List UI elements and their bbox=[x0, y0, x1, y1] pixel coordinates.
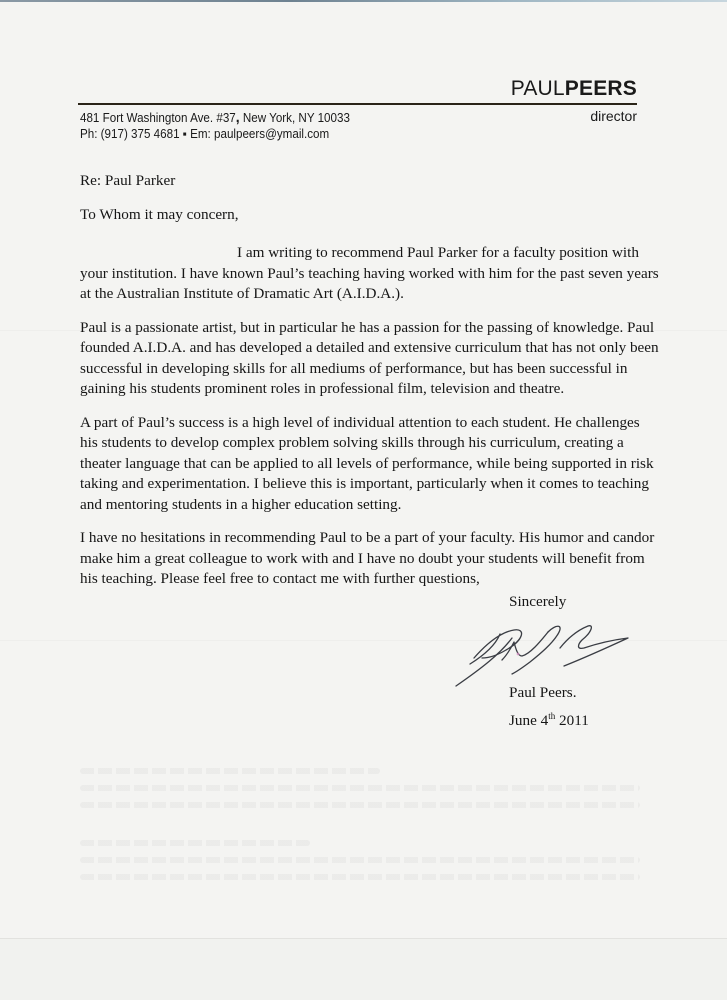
letterhead-first-name: PAUL bbox=[511, 77, 565, 100]
scan-edge bbox=[0, 0, 727, 2]
salutation: To Whom it may concern, bbox=[80, 205, 660, 226]
paragraph-success: A part of Paul’s success is a high level… bbox=[80, 413, 660, 516]
bleed-through-text bbox=[80, 874, 640, 880]
bleed-through-text bbox=[80, 785, 640, 791]
closing: Sincerely bbox=[509, 593, 566, 611]
letterhead-name: PAULPEERS bbox=[511, 78, 637, 99]
letterhead-address: 481 Fort Washington Ave. #37, New York, … bbox=[80, 110, 350, 126]
letterhead-contact: Ph: (917) 375 4681 ▪ Em: paulpeers@ymail… bbox=[80, 126, 350, 142]
paragraph-passion: Paul is a passionate artist, but in part… bbox=[80, 318, 660, 400]
signature-icon bbox=[452, 620, 642, 690]
bleed-through-text bbox=[80, 840, 310, 846]
bleed-through-text bbox=[80, 768, 380, 774]
signer-name: Paul Peers. bbox=[509, 684, 577, 702]
letter-date: June 4th 2011 bbox=[509, 711, 589, 730]
paper-lower-section bbox=[0, 939, 727, 1000]
bleed-through-text bbox=[80, 857, 640, 863]
letterhead-role: director bbox=[590, 108, 637, 124]
re-line: Re: Paul Parker bbox=[80, 171, 660, 192]
paragraph-recommendation: I have no hesitations in recommending Pa… bbox=[80, 528, 660, 590]
paragraph-intro: I am writing to recommend Paul Parker fo… bbox=[80, 243, 660, 305]
letter-page: PAULPEERS director 481 Fort Washington A… bbox=[0, 0, 727, 1000]
letterhead-last-name: PEERS bbox=[565, 77, 637, 100]
letter-body: Re: Paul Parker To Whom it may concern, … bbox=[80, 171, 660, 603]
letterhead-address-block: 481 Fort Washington Ave. #37, New York, … bbox=[80, 110, 350, 142]
letterhead-rule bbox=[78, 103, 637, 105]
bleed-through-text bbox=[80, 802, 640, 808]
